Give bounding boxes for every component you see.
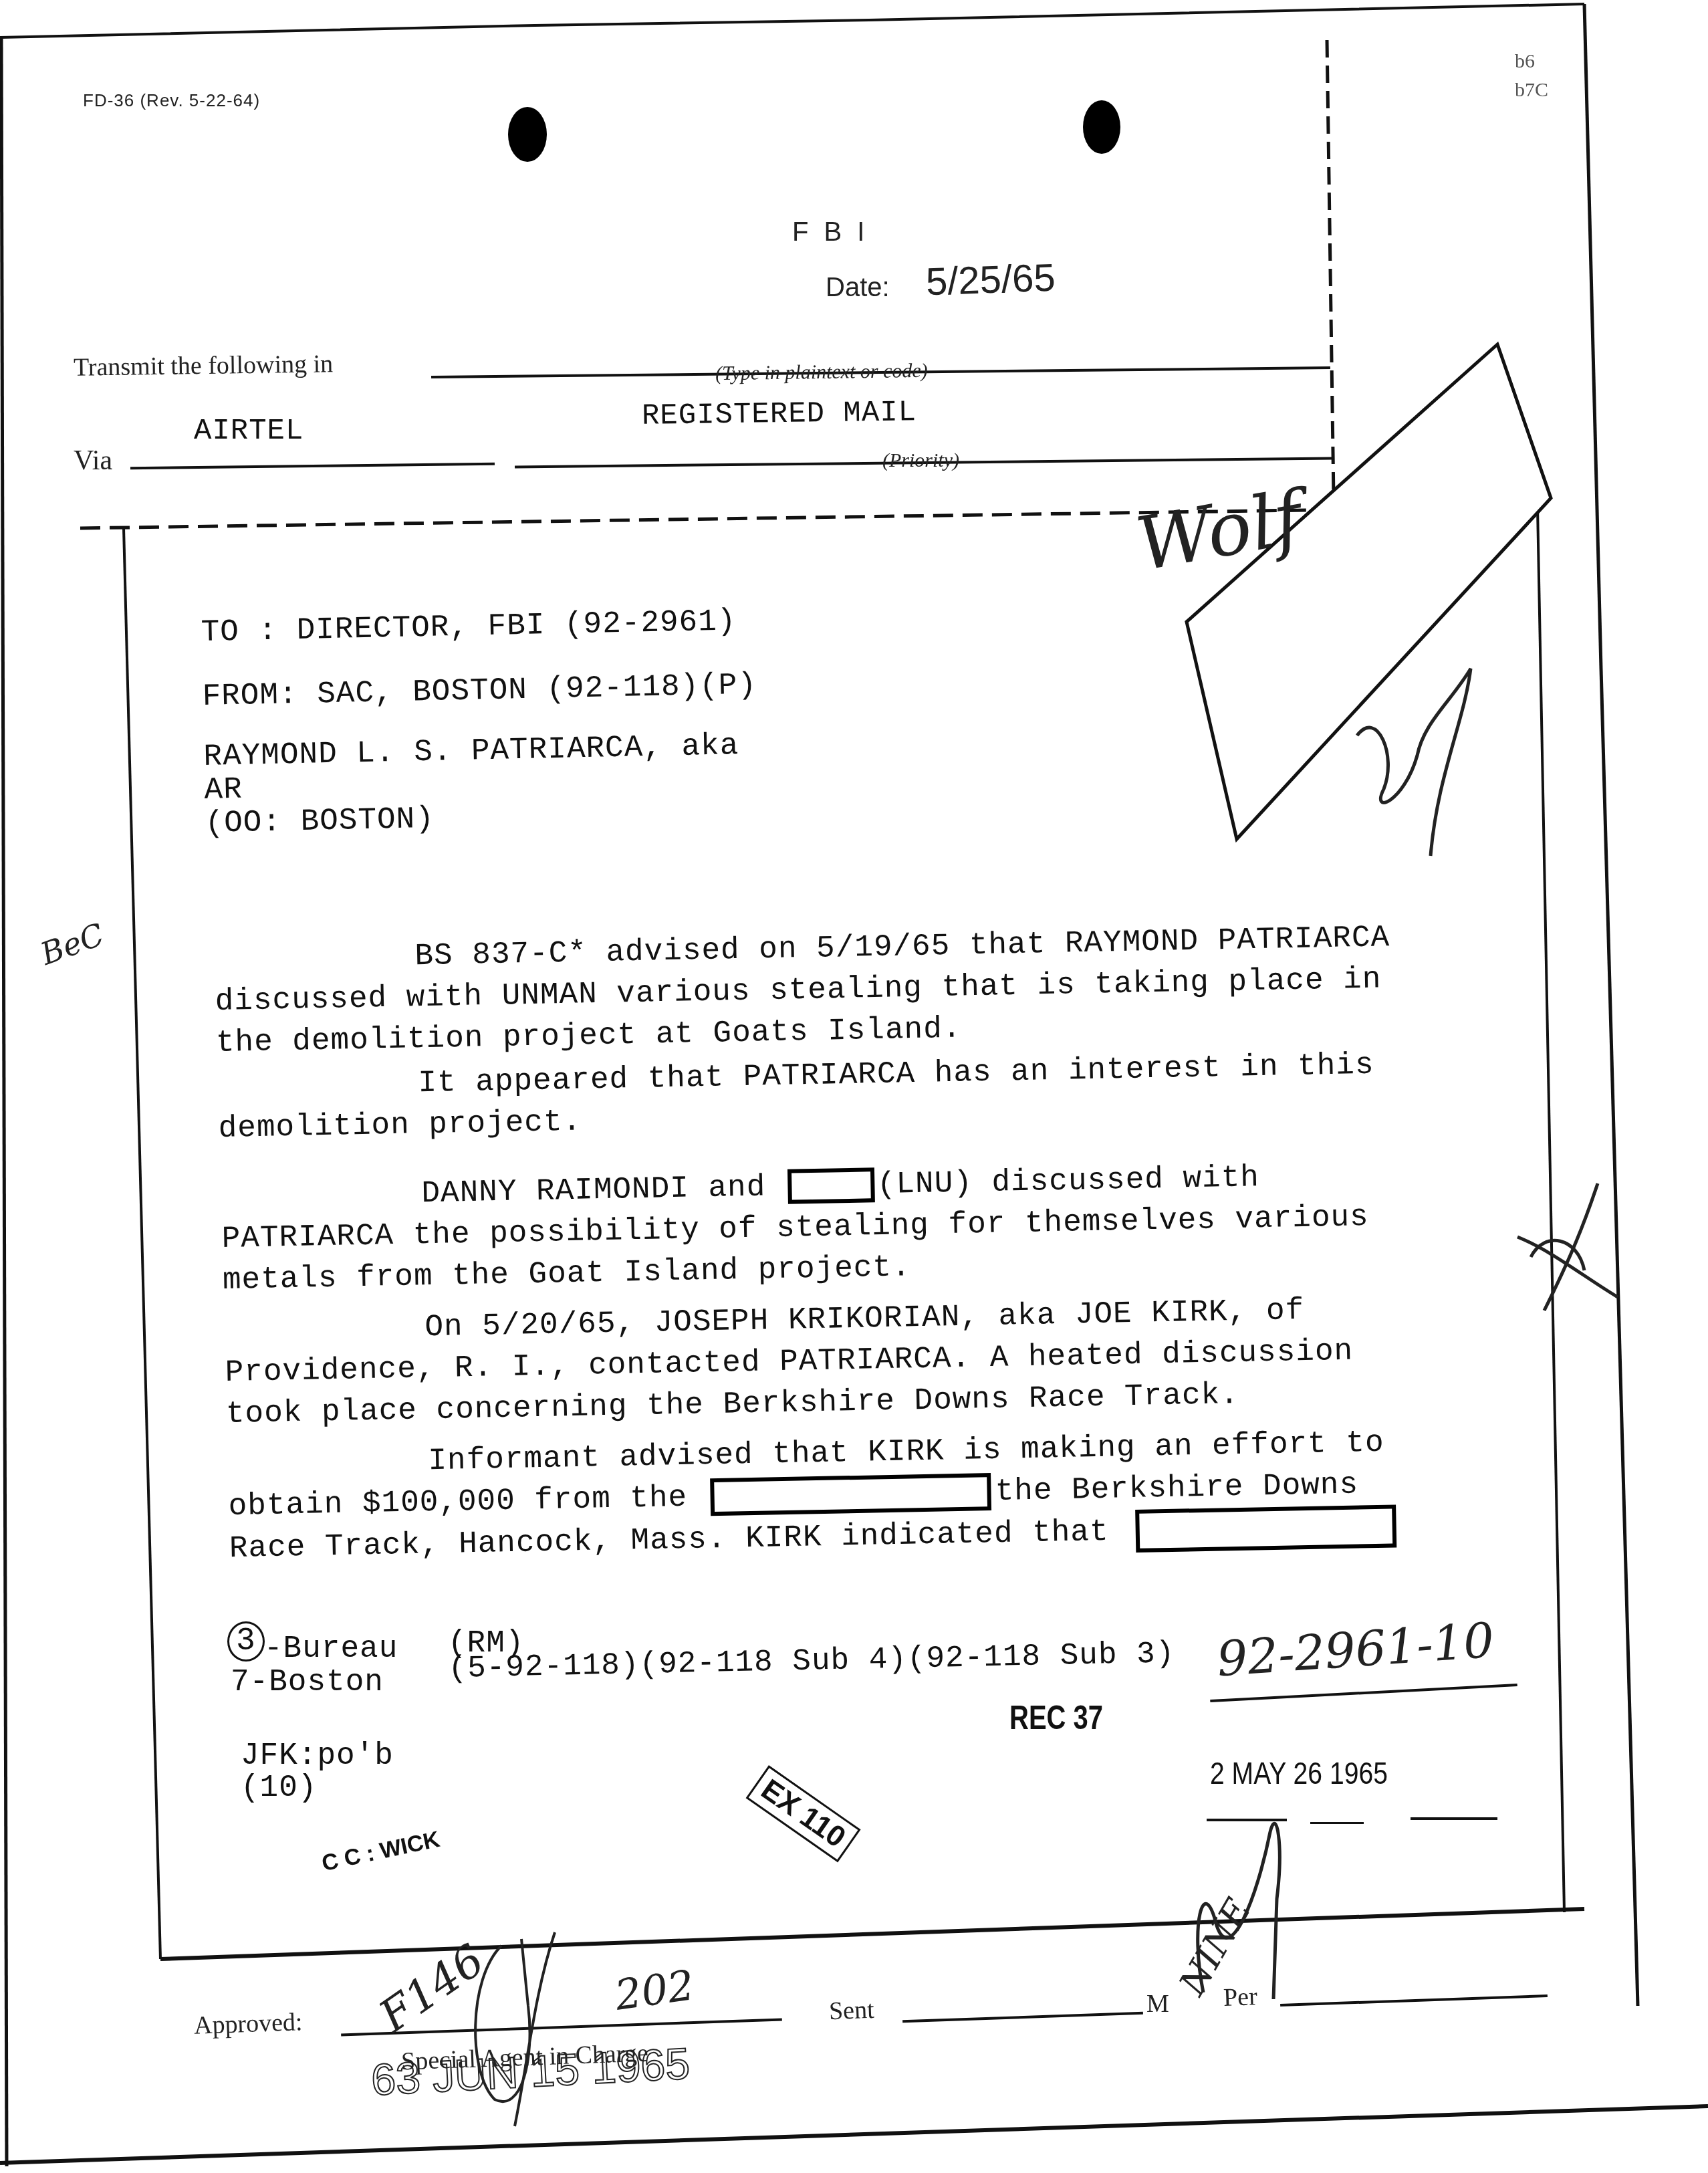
approved-label: Approved: (193, 2007, 303, 2041)
signature-scribble-icon (1337, 642, 1511, 869)
form-id: FD-36 (Rev. 5-22-64) (83, 90, 260, 111)
priority-hint: (Priority) (882, 449, 959, 472)
bureau-count: 3 (227, 1621, 265, 1662)
paragraph-1: BS 837-C* advised on 5/19/65 that RAYMON… (214, 917, 1392, 1064)
transmit-hint: (Type in plaintext or code) (715, 360, 928, 385)
received-date-stamp: 2 MAY 26 1965 (1210, 1755, 1388, 1791)
redaction-box (787, 1167, 874, 1204)
redaction-box (1136, 1504, 1397, 1552)
m-label: M (1146, 1989, 1169, 2019)
sent-label: Sent (828, 1995, 874, 2026)
priority-value: REGISTERED MAIL (642, 396, 917, 433)
via-value: AIRTEL (194, 415, 303, 448)
exemption-code-b7c: b7C (1515, 79, 1548, 102)
bureau-line: -Bureau (264, 1631, 398, 1666)
from-line: FROM: SAC, BOSTON (92-118)(P) (202, 665, 757, 740)
exemption-code-b6: b6 (1515, 50, 1535, 73)
transmit-label: Transmit the following in (74, 349, 334, 382)
margin-scribble-icon (1504, 1177, 1624, 1324)
memo-header: TO : DIRECTOR, FBI (92-2961) FROM: SAC, … (201, 600, 760, 840)
paragraph-5: Informant advised that KIRK is making an… (227, 1421, 1397, 1568)
typist-initials: JFK:po'b (241, 1738, 394, 1773)
rec-stamp: REC 37 (1009, 1698, 1103, 1737)
per-signature-icon (1177, 1792, 1324, 2006)
agency-title: F B I (792, 217, 868, 247)
received-underline-3 (1411, 1817, 1497, 1820)
fbi-airtel-document: FD-36 (Rev. 5-22-64) b6 b7C F B I Date: … (0, 0, 1708, 2173)
date-label: Date: (826, 273, 890, 303)
copy-count: (10) (241, 1770, 317, 1805)
approved-signature-icon (455, 1926, 615, 2133)
via-label: Via (74, 445, 112, 477)
to-line: TO : DIRECTOR, FBI (92-2961) (201, 600, 756, 676)
hole-punch-left (508, 107, 547, 162)
date-value: 5/25/65 (925, 255, 1056, 305)
redaction-box (710, 1473, 991, 1516)
paragraph-3: DANNY RAIMONDI and (LNU) discussed with … (221, 1155, 1370, 1301)
paragraph-4: On 5/20/65, JOSEPH KRIKORIAN, aka JOE KI… (224, 1289, 1354, 1435)
hole-punch-right (1083, 100, 1120, 154)
boston-line: 7-Boston (231, 1665, 384, 1700)
